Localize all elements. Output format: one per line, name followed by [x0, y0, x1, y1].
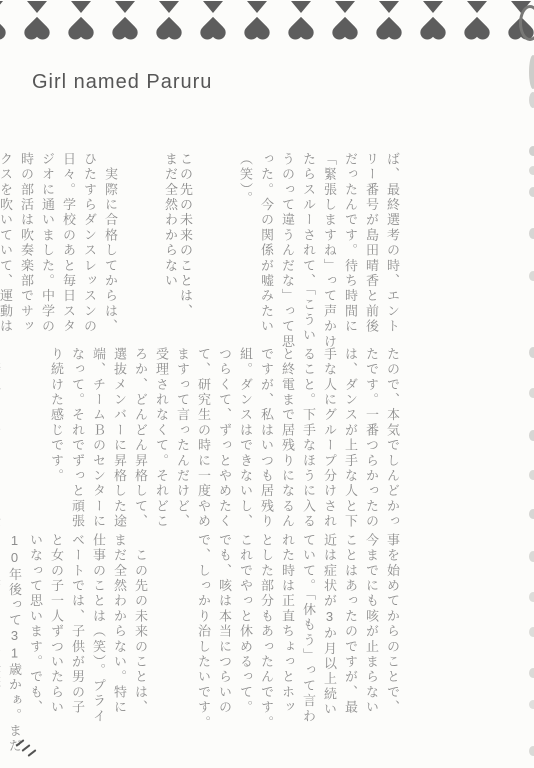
article-block-middle: たので、本気でしんどかっ たです。一番つらかったの は、ダンスが上手な人と下 手…: [0, 347, 445, 535]
heart-icon: [198, 1, 228, 48]
triangle-icon: [291, 1, 311, 13]
triangle-icon: [71, 1, 91, 13]
body-paragraph: 事を始めてからのことで、 今までにも咳が止まらない ことはあったのですが、最 近…: [193, 533, 403, 721]
scan-edge-artifact: [529, 746, 534, 756]
article-block-bottom: 事を始めてからのことで、 今までにも咳が止まらない ことはあったのですが、最 近…: [0, 533, 445, 721]
scan-edge-artifact: [529, 551, 534, 562]
scan-edge-artifact: [529, 271, 534, 281]
triangle-icon: [115, 1, 135, 13]
heart-icon: [0, 1, 8, 48]
scan-edge-artifact: [529, 509, 534, 519]
scan-edge-artifact: [529, 166, 534, 175]
triangle-icon: [247, 1, 267, 13]
scan-edge-artifact: [529, 187, 534, 197]
scan-edge-artifact: [529, 592, 534, 602]
heart-icon: [22, 1, 52, 48]
hearts-top-border: [0, 1, 534, 48]
triangle-icon: [335, 1, 355, 13]
scan-edge-artifact: [529, 700, 534, 709]
scan-edge-artifact: [529, 228, 534, 239]
triangle-icon: [423, 1, 443, 13]
scan-edge-artifact: [529, 627, 534, 637]
scan-edge-artifact: [529, 92, 534, 108]
scan-edge-artifact: [529, 388, 534, 398]
heart-icon: [154, 1, 184, 48]
heart-icon: [110, 1, 140, 48]
scan-edge-artifact: [529, 668, 534, 678]
triangle-icon: [203, 1, 223, 13]
heart-icon: [418, 1, 448, 48]
article-block-top: ば、最終選考の時、エント リー番号が島田晴香と前後 だったんです。待ち時間に 「…: [0, 152, 445, 340]
heart-icon: [330, 1, 360, 48]
heart-icon: [66, 1, 96, 48]
scan-edge-artifact: [529, 146, 534, 156]
scan-edge-artifact: [529, 55, 534, 89]
scan-edge-artifact: [529, 470, 534, 480]
body-paragraph: この先の未来のことは、 まだ全然わからない。特に 仕事のことは（笑）。プライ ベ…: [0, 533, 151, 721]
body-paragraph: ば、最終選考の時、エント リー番号が島田晴香と前後 だったんです。待ち時間に 「…: [235, 152, 403, 340]
scan-edge-artifact: [519, 5, 534, 41]
body-paragraph: 喘息になったのはこの仕: [0, 347, 4, 535]
heart-icon: [286, 1, 316, 48]
heart-icon: [242, 1, 272, 48]
triangle-icon: [159, 1, 179, 13]
triangle-icon: [0, 1, 3, 13]
page-title: Girl named Paruru: [32, 71, 212, 94]
triangle-icon: [27, 1, 47, 13]
body-paragraph: たので、本気でしんどかっ たです。一番つらかったの は、ダンスが上手な人と下 手…: [46, 347, 403, 535]
body-paragraph: 実際に合格してからは、 ひたすらダンスレッスンの 日々。学校のあと毎日スタ ジオ…: [0, 152, 121, 340]
section-heading: この先の未来のことは、 まだ全然わからない: [163, 152, 193, 340]
heart-icon: [374, 1, 404, 48]
scan-edge-artifact: [529, 347, 534, 358]
scan-edge-artifact: [529, 430, 534, 441]
heart-icon: [462, 1, 492, 48]
triangle-icon: [467, 1, 487, 13]
triangle-icon: [379, 1, 399, 13]
